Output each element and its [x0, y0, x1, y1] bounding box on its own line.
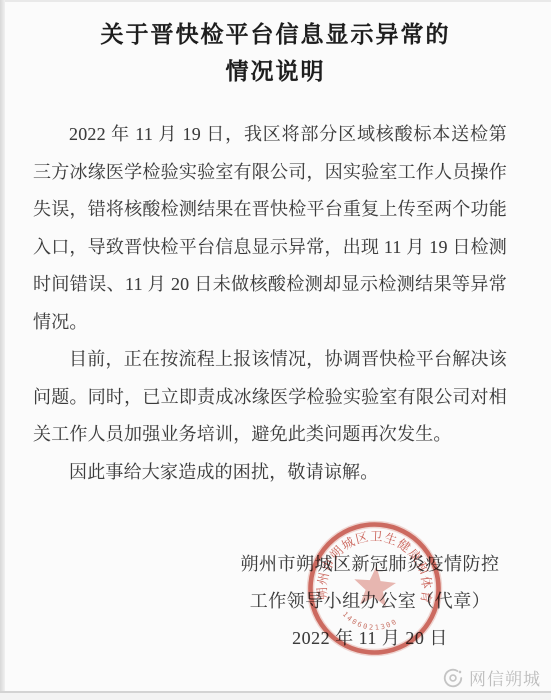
page-edge-top — [0, 0, 551, 2]
document-body: 2022 年 11 月 19 日，我区将部分区域核酸标本送检第三方冰缘医学检验实… — [33, 116, 507, 491]
paragraph-incident: 2022 年 11 月 19 日，我区将部分区域核酸标本送检第三方冰缘医学检验实… — [33, 116, 507, 341]
document-title-line-2: 情况说明 — [30, 53, 521, 90]
page-edge-bottom — [0, 691, 551, 700]
paragraph-apology: 因此事给大家造成的困扰，敬请谅解。 — [33, 454, 507, 492]
page-edge-left — [0, 0, 5, 700]
signature-org-line-2: 工作领导小组办公室（代章） — [225, 583, 515, 620]
signature-block: 朔州市朔城区新冠肺炎疫情防控 工作领导小组办公室（代章） 2022 年 11 月… — [225, 546, 515, 657]
scanned-document-photo: 关于晋快检平台信息显示异常的 情况说明 2022 年 11 月 19 日，我区将… — [0, 0, 551, 700]
signature-org-line-1: 朔州市朔城区新冠肺炎疫情防控 — [225, 546, 515, 583]
paragraph-measures: 目前，正在按流程上报该情况，协调晋快检平台解决该问题。同时，已立即责成冰缘医学检… — [33, 341, 507, 454]
watermark-badge: 网信朔城 — [442, 665, 541, 690]
document-title: 关于晋快检平台信息显示异常的 情况说明 — [30, 16, 521, 90]
wangxin-logo-icon — [442, 667, 464, 689]
signature-date: 2022 年 11 月 20 日 — [225, 620, 515, 657]
watermark-label: 网信朔城 — [469, 665, 541, 690]
document-title-line-1: 关于晋快检平台信息显示异常的 — [30, 16, 521, 53]
